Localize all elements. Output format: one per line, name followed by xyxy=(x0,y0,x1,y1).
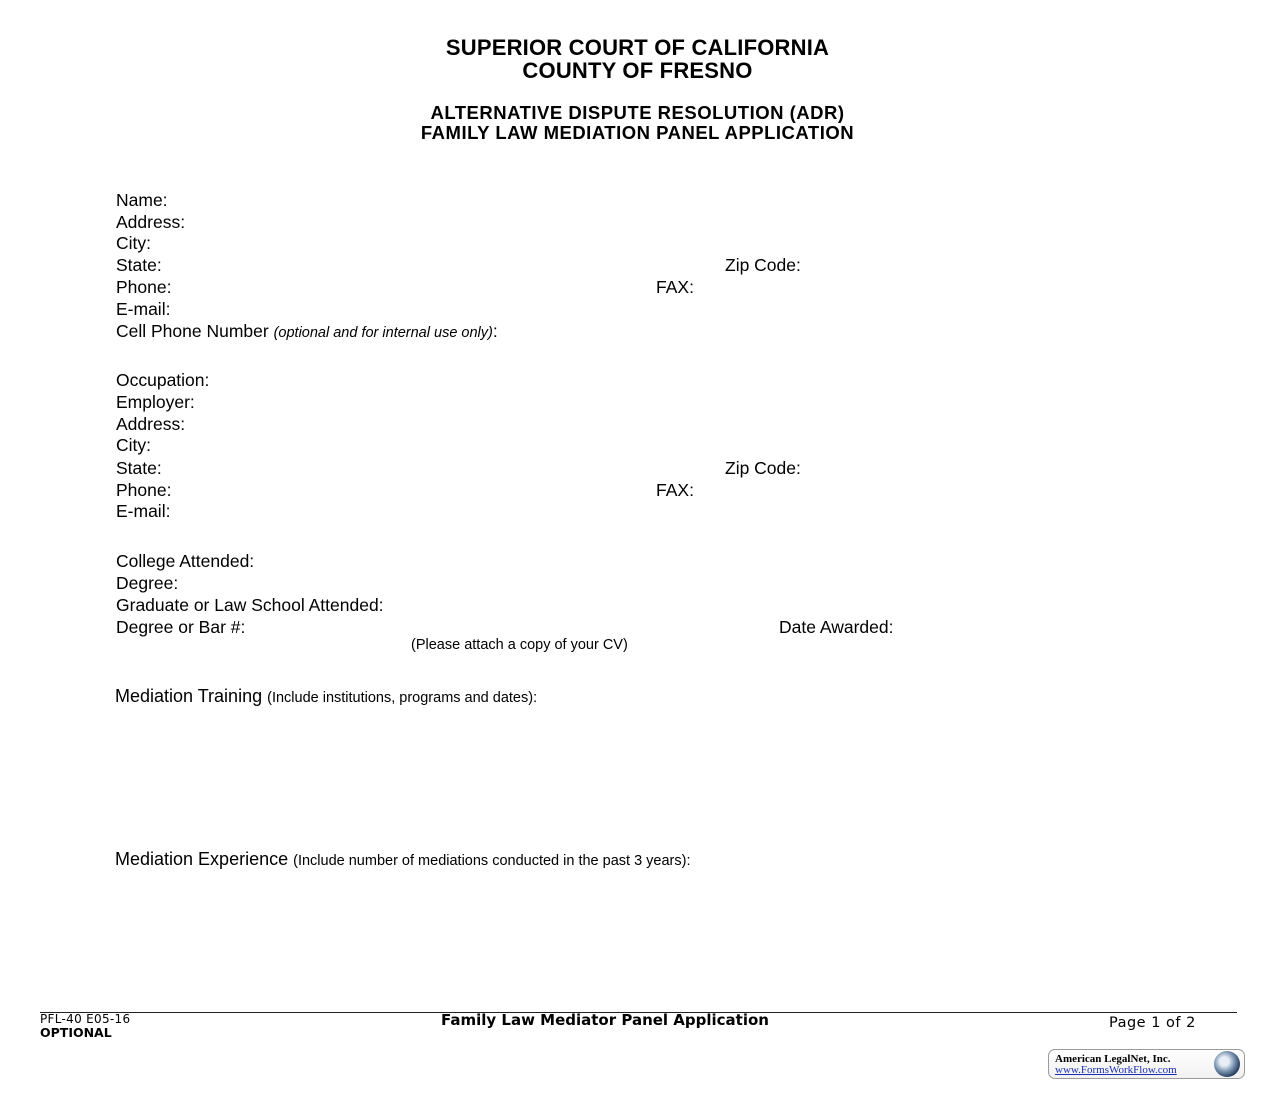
email-label: E-mail: xyxy=(116,299,170,320)
date-awarded-label: Date Awarded: xyxy=(779,617,893,638)
cv-note: (Please attach a copy of your CV) xyxy=(411,637,628,653)
form-code: PFL-40 E05-16 xyxy=(40,1012,130,1026)
form-title-line1: ALTERNATIVE DISPUTE RESOLUTION (ADR) xyxy=(0,102,1275,124)
occupation-label: Occupation: xyxy=(116,370,209,391)
college-label: College Attended: xyxy=(116,551,254,572)
zip-label: Zip Code: xyxy=(725,255,801,276)
mediation-training-heading: Mediation Training (Include institutions… xyxy=(115,686,537,707)
mediation-experience-note: (Include number of mediations conducted … xyxy=(293,853,690,869)
phone-label: Phone: xyxy=(116,277,171,298)
cell-phone-colon: : xyxy=(493,321,498,341)
employer-address-label: Address: xyxy=(116,414,185,435)
employer-phone-label: Phone: xyxy=(116,480,171,501)
city-label: City: xyxy=(116,233,151,254)
vendor-badge[interactable]: American LegalNet, Inc. www.FormsWorkFlo… xyxy=(1048,1049,1245,1079)
optional-label: OPTIONAL xyxy=(40,1025,112,1040)
name-label: Name: xyxy=(116,190,168,211)
mediation-experience-heading: Mediation Experience (Include number of … xyxy=(115,849,691,870)
vendor-link[interactable]: www.FormsWorkFlow.com xyxy=(1055,1064,1177,1076)
employer-fax-label: FAX: xyxy=(656,480,694,501)
cell-phone-text: Cell Phone Number xyxy=(116,321,269,341)
employer-email-label: E-mail: xyxy=(116,501,170,522)
grad-school-label: Graduate or Law School Attended: xyxy=(116,595,384,616)
employer-zip-label: Zip Code: xyxy=(725,458,801,479)
page-number: Page 1 of 2 xyxy=(1109,1015,1196,1031)
address-label: Address: xyxy=(116,212,185,233)
fax-label: FAX: xyxy=(656,277,694,298)
cell-phone-label: Cell Phone Number (optional and for inte… xyxy=(116,321,498,342)
mediation-training-label: Mediation Training xyxy=(115,686,262,706)
employer-state-label: State: xyxy=(116,458,162,479)
mediation-training-note: (Include institutions, programs and date… xyxy=(267,690,537,706)
degree-bar-label: Degree or Bar #: xyxy=(116,617,245,638)
cell-phone-note: (optional and for internal use only) xyxy=(274,325,493,341)
form-title-line2: FAMILY LAW MEDIATION PANEL APPLICATION xyxy=(0,122,1275,144)
mediation-experience-label: Mediation Experience xyxy=(115,849,288,869)
footer-title: Family Law Mediator Panel Application xyxy=(441,1011,769,1029)
county-name: COUNTY OF FRESNO xyxy=(0,58,1275,84)
employer-city-label: City: xyxy=(116,435,151,456)
state-label: State: xyxy=(116,255,162,276)
employer-label: Employer: xyxy=(116,392,195,413)
degree-label: Degree: xyxy=(116,573,178,594)
globe-icon xyxy=(1214,1051,1240,1077)
